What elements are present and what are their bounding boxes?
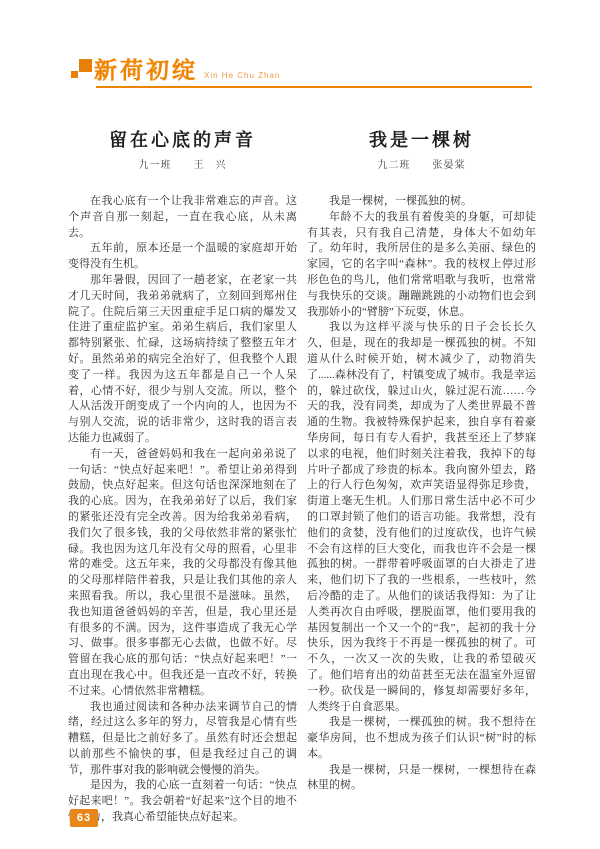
logo-row: 新荷初绽 Xin He Chu Zhan (70, 56, 532, 82)
paragraph: 我以为这样平淡与快乐的日子会长长久久，但是，现在的我却是一棵孤独的树。不知道从什… (307, 320, 536, 715)
paragraph: 在我心底有一个让我非常难忘的声音。这个声音自那一刻起，一直在我心底，从未离去。 (68, 194, 297, 241)
article-left: 留在心底的声音 九一班 王 兴 在我心底有一个让我非常难忘的声音。这个声音自那一… (68, 116, 297, 826)
paragraph: 我是一棵树，一棵孤独的树。 (307, 194, 536, 210)
logo-square-large (79, 59, 92, 72)
paragraph: 五年前，原本还是一个温暖的家庭却开始变得没有生机。 (68, 241, 297, 273)
article-title: 留在心底的声音 (68, 126, 297, 152)
article-right: 我是一棵树 九二班 张晏棠 我是一棵树，一棵孤独的树。 年龄不大的我虽有着俊美的… (307, 116, 536, 826)
paragraph: 那年暑假，因回了一趟老家，在老家一共才几天时间，我弟弟就病了，立刻回到郑州住院了… (68, 273, 297, 447)
paragraph: 我是一棵树，只是一棵树，一棵想待在森林里的树。 (307, 763, 536, 795)
magazine-logo-title: 新荷初绽 (94, 59, 198, 82)
paragraph: 有一天，爸爸妈妈和我在一起向弟弟说了一句话：“快点好起来吧！”。希望让弟弟得到鼓… (68, 447, 297, 700)
logo-blocks-icon (70, 56, 94, 82)
article-columns: 留在心底的声音 九一班 王 兴 在我心底有一个让我非常难忘的声音。这个声音自那一… (68, 116, 536, 826)
header-rule (96, 86, 532, 88)
page-number-badge: 63 (70, 809, 98, 827)
article-title: 我是一棵树 (307, 126, 536, 152)
page-header: 新荷初绽 Xin He Chu Zhan (70, 56, 532, 88)
magazine-page: 新荷初绽 Xin He Chu Zhan 留在心底的声音 九一班 王 兴 在我心… (0, 0, 600, 849)
paragraph: 我是一棵树，一棵孤独的树。我不想待在豪华房间，也不想成为孩子们认识“树”时的标本… (307, 715, 536, 762)
paragraph: 年龄不大的我虽有着俊美的身躯，可却徒有其表，只有我自己清楚，身体大不如幼年了。幼… (307, 210, 536, 321)
article-byline: 九二班 张晏棠 (307, 156, 536, 171)
magazine-logo-subtitle: Xin He Chu Zhan (204, 71, 280, 82)
article-byline: 九一班 王 兴 (68, 156, 297, 171)
logo-square-small (71, 71, 78, 78)
paragraph: 我也通过阅读和各种办法来调节自己的情绪，经过这么多年的努力，尽管我是心情有些糟糕… (68, 700, 297, 779)
paragraph: 是因为，我的心底一直刻着一句话：“快点好起来吧！”。我会朝着“好起来”这个目的地… (68, 778, 297, 825)
